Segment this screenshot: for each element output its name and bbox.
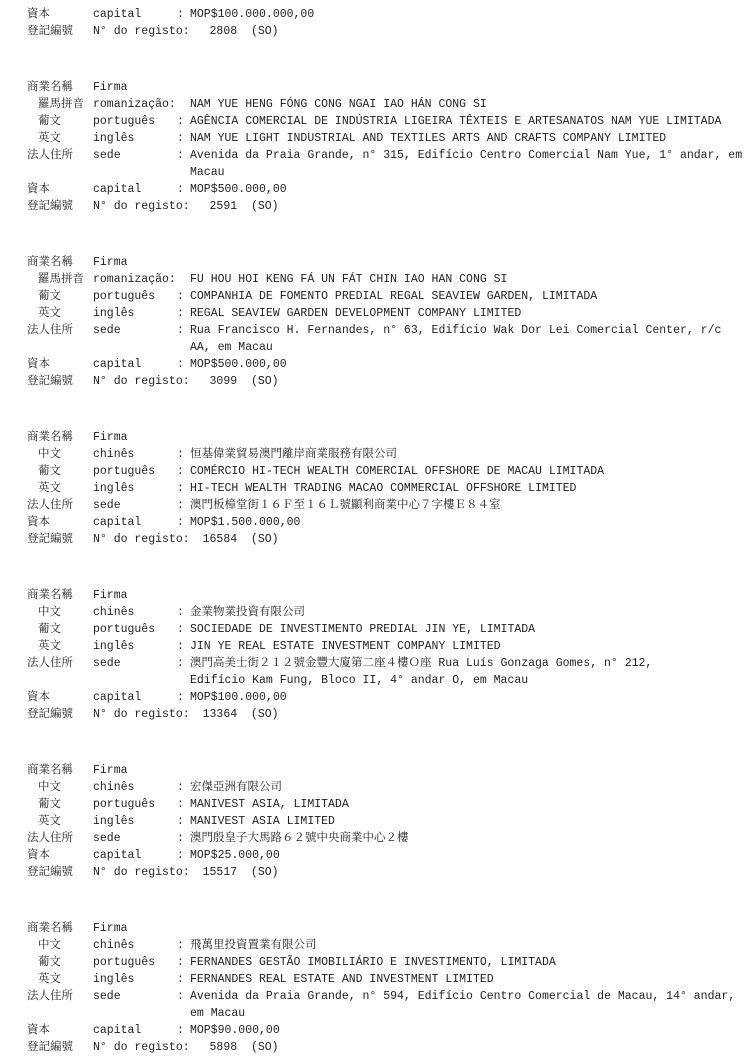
field-value-line: MOP$100.000.000,00 bbox=[190, 6, 752, 23]
field-value: 澳門板樟堂街１６Ｆ至１６Ｌ號顯利商業中心７字樓Ｅ８４室 bbox=[190, 497, 752, 514]
entry-header-row: 商業名稱Firma bbox=[27, 762, 752, 779]
field-value: NAM YUE LIGHT INDUSTRIAL AND TEXTILES AR… bbox=[190, 130, 752, 147]
field-row: 葡文português:MANIVEST ASIA, LIMITADA bbox=[27, 796, 752, 813]
field-value: COMÉRCIO HI-TECH WEALTH COMERCIAL OFFSHO… bbox=[190, 463, 752, 480]
header-label-zh: 商業名稱 bbox=[27, 254, 93, 271]
field-row: 葡文português:COMÉRCIO HI-TECH WEALTH COME… bbox=[27, 463, 752, 480]
field-label-zh: 登記編號 bbox=[27, 198, 93, 215]
field-label-zh: 中文 bbox=[27, 446, 93, 463]
field-value: FU HOU HOI KENG FÁ UN FÁT CHIN IAO HAN C… bbox=[190, 271, 752, 288]
colon-separator: : bbox=[177, 655, 190, 672]
field-label-pt: português bbox=[93, 796, 177, 813]
colon-separator: : bbox=[177, 497, 190, 514]
header-label-pt: Firma bbox=[93, 429, 177, 446]
field-value-line: 13364 (SO) bbox=[203, 706, 752, 723]
colon-separator: : bbox=[177, 181, 190, 198]
field-value: 16584 (SO) bbox=[203, 531, 752, 548]
field-value: 恒基偉業貿易澳門離岸商業服務有限公司 bbox=[190, 446, 752, 463]
field-label-zh: 葡文 bbox=[27, 463, 93, 480]
header-label-zh: 商業名稱 bbox=[27, 920, 93, 937]
field-label-zh: 英文 bbox=[27, 813, 93, 830]
field-row: 法人住所sede:澳門高美士街２１２號金豐大廈第二座４樓Ｏ座 Rua Luís … bbox=[27, 655, 752, 689]
field-label-pt: capital bbox=[93, 847, 177, 864]
field-label-zh: 資本 bbox=[27, 181, 93, 198]
field-label-pt: chinês bbox=[93, 446, 177, 463]
header-label-pt: Firma bbox=[93, 587, 177, 604]
field-row: 中文chinês:宏傑亞洲有限公司 bbox=[27, 779, 752, 796]
field-row: 羅馬拼音romanização:FU HOU HOI KENG FÁ UN FÁ… bbox=[27, 271, 752, 288]
field-value: Avenida da Praia Grande, n° 594, Edifíci… bbox=[190, 988, 752, 1022]
colon-separator: : bbox=[177, 779, 190, 796]
field-label-pt: sede bbox=[93, 988, 177, 1005]
entry-header-row: 商業名稱Firma bbox=[27, 587, 752, 604]
field-label-zh: 法人住所 bbox=[27, 655, 93, 672]
colon-separator: : bbox=[177, 638, 190, 655]
field-value-line: 16584 (SO) bbox=[203, 531, 752, 548]
field-value-line: Macau bbox=[190, 164, 752, 181]
field-label-zh: 葡文 bbox=[27, 954, 93, 971]
field-label-pt: sede bbox=[93, 830, 177, 847]
field-row: 法人住所sede:澳門殷皇子大馬路６２號中央商業中心２樓 bbox=[27, 830, 752, 847]
field-label-pt: capital bbox=[93, 514, 177, 531]
entry-header-row: 商業名稱Firma bbox=[27, 920, 752, 937]
field-label-pt: chinês bbox=[93, 604, 177, 621]
field-label-zh: 中文 bbox=[27, 604, 93, 621]
field-row: 中文chinês:恒基偉業貿易澳門離岸商業服務有限公司 bbox=[27, 446, 752, 463]
field-value: MANIVEST ASIA LIMITED bbox=[190, 813, 752, 830]
field-value: 2591 (SO) bbox=[203, 198, 752, 215]
field-label-zh: 登記編號 bbox=[27, 1039, 93, 1056]
field-label-pt: português bbox=[93, 288, 177, 305]
field-row: 資本capital:MOP$100.000,00 bbox=[27, 689, 752, 706]
field-label-pt: sede bbox=[93, 147, 177, 164]
field-value: 金業物業投資有限公司 bbox=[190, 604, 752, 621]
field-value-line: MOP$500.000,00 bbox=[190, 356, 752, 373]
colon-separator: : bbox=[177, 305, 190, 322]
field-row: 葡文português:FERNANDES GESTÃO IMOBILIÁRIO… bbox=[27, 954, 752, 971]
field-value-line: HI-TECH WEALTH TRADING MACAO COMMERCIAL … bbox=[190, 480, 752, 497]
field-value: MOP$90.000,00 bbox=[190, 1022, 752, 1039]
colon-separator: : bbox=[177, 604, 190, 621]
field-label-pt: capital bbox=[93, 181, 177, 198]
field-value: 飛萬里投資置業有限公司 bbox=[190, 937, 752, 954]
entry-header-row: 商業名稱Firma bbox=[27, 79, 752, 96]
field-label-pt: inglês bbox=[93, 638, 177, 655]
field-label-pt: capital bbox=[93, 6, 177, 23]
field-value-line: JIN YE REAL ESTATE INVESTMENT COMPANY LI… bbox=[190, 638, 752, 655]
field-row: 中文chinês:飛萬里投資置業有限公司 bbox=[27, 937, 752, 954]
field-value-line: Edifício Kam Fung, Bloco II, 4° andar O,… bbox=[190, 672, 752, 689]
field-label-pt: capital bbox=[93, 1022, 177, 1039]
company-entry: 商業名稱Firma中文chinês:飛萬里投資置業有限公司葡文português… bbox=[27, 920, 752, 1056]
header-label-zh: 商業名稱 bbox=[27, 429, 93, 446]
field-row: 登記編號N° do registo: 2591 (SO) bbox=[27, 198, 752, 215]
field-row: 資本capital:MOP$500.000,00 bbox=[27, 181, 752, 198]
field-label-pt: inglês bbox=[93, 305, 177, 322]
field-label-zh: 中文 bbox=[27, 937, 93, 954]
field-row: 英文inglês:HI-TECH WEALTH TRADING MACAO CO… bbox=[27, 480, 752, 497]
field-label-zh: 葡文 bbox=[27, 621, 93, 638]
colon-separator: : bbox=[177, 988, 190, 1005]
field-value-line: em Macau bbox=[190, 1005, 752, 1022]
colon-separator: : bbox=[177, 1022, 190, 1039]
field-value: AGÊNCIA COMERCIAL DE INDÚSTRIA LIGEIRA T… bbox=[190, 113, 752, 130]
company-entry: 商業名稱Firma中文chinês:金業物業投資有限公司葡文português:… bbox=[27, 587, 752, 723]
colon-separator: : bbox=[177, 621, 190, 638]
field-label-pt: chinês bbox=[93, 937, 177, 954]
field-value: 3099 (SO) bbox=[203, 373, 752, 390]
field-row: 資本capital:MOP$500.000,00 bbox=[27, 356, 752, 373]
colon-separator: : bbox=[177, 813, 190, 830]
field-label-pt: português bbox=[93, 463, 177, 480]
field-value-line: Avenida da Praia Grande, n° 315, Edifíci… bbox=[190, 147, 752, 164]
field-label-pt: N° do registo: bbox=[93, 198, 190, 215]
field-label-zh: 葡文 bbox=[27, 796, 93, 813]
field-value: MOP$500.000,00 bbox=[190, 356, 752, 373]
field-row: 葡文português:COMPANHIA DE FOMENTO PREDIAL… bbox=[27, 288, 752, 305]
field-value-line: MOP$90.000,00 bbox=[190, 1022, 752, 1039]
colon-separator: : bbox=[177, 971, 190, 988]
field-value: 13364 (SO) bbox=[203, 706, 752, 723]
field-row: 葡文português:SOCIEDADE DE INVESTIMENTO PR… bbox=[27, 621, 752, 638]
field-value: SOCIEDADE DE INVESTIMENTO PREDIAL JIN YE… bbox=[190, 621, 752, 638]
field-value: FERNANDES REAL ESTATE AND INVESTMENT LIM… bbox=[190, 971, 752, 988]
field-row: 法人住所sede:澳門板樟堂街１６Ｆ至１６Ｌ號顯利商業中心７字樓Ｅ８４室 bbox=[27, 497, 752, 514]
field-value-line: AA, em Macau bbox=[190, 339, 752, 356]
colon-separator: : bbox=[177, 689, 190, 706]
header-label-pt: Firma bbox=[93, 254, 177, 271]
field-row: 法人住所sede:Avenida da Praia Grande, n° 594… bbox=[27, 988, 752, 1022]
company-entry: 商業名稱Firma中文chinês:恒基偉業貿易澳門離岸商業服務有限公司葡文po… bbox=[27, 429, 752, 548]
field-label-pt: português bbox=[93, 954, 177, 971]
field-value-line: NAM YUE LIGHT INDUSTRIAL AND TEXTILES AR… bbox=[190, 130, 752, 147]
colon-separator: : bbox=[177, 147, 190, 164]
field-label-pt: sede bbox=[93, 322, 177, 339]
field-row: 英文inglês:MANIVEST ASIA LIMITED bbox=[27, 813, 752, 830]
field-label-zh: 登記編號 bbox=[27, 373, 93, 390]
field-row: 登記編號N° do registo: 5898 (SO) bbox=[27, 1039, 752, 1056]
field-label-zh: 資本 bbox=[27, 689, 93, 706]
field-label-pt: romanização: bbox=[93, 96, 177, 113]
field-value-line: MOP$1.500.000,00 bbox=[190, 514, 752, 531]
field-label-zh: 登記編號 bbox=[27, 706, 93, 723]
field-row: 資本capital:MOP$100.000.000,00 bbox=[27, 6, 752, 23]
company-entry: 商業名稱Firma羅馬拼音romanização:FU HOU HOI KENG… bbox=[27, 254, 752, 390]
field-value: MOP$1.500.000,00 bbox=[190, 514, 752, 531]
colon-separator: : bbox=[177, 288, 190, 305]
field-label-pt: N° do registo: bbox=[93, 864, 190, 881]
field-label-zh: 英文 bbox=[27, 305, 93, 322]
field-value-line: 5898 (SO) bbox=[203, 1039, 752, 1056]
field-row: 登記編號N° do registo: 2808 (SO) bbox=[27, 23, 752, 40]
field-row: 法人住所sede:Rua Francisco H. Fernandes, n° … bbox=[27, 322, 752, 356]
field-label-zh: 法人住所 bbox=[27, 988, 93, 1005]
field-value: MOP$100.000.000,00 bbox=[190, 6, 752, 23]
field-label-zh: 中文 bbox=[27, 779, 93, 796]
colon-separator: : bbox=[177, 937, 190, 954]
field-label-pt: português bbox=[93, 621, 177, 638]
field-label-pt: N° do registo: bbox=[93, 706, 190, 723]
header-label-pt: Firma bbox=[93, 79, 177, 96]
field-value-line: 澳門殷皇子大馬路６２號中央商業中心２樓 bbox=[190, 830, 752, 847]
field-row: 資本capital:MOP$1.500.000,00 bbox=[27, 514, 752, 531]
registry-entries: 資本capital:MOP$100.000.000,00登記編號N° do re… bbox=[27, 6, 752, 1056]
field-label-zh: 資本 bbox=[27, 847, 93, 864]
field-value: 2808 (SO) bbox=[203, 23, 752, 40]
header-label-zh: 商業名稱 bbox=[27, 587, 93, 604]
field-value: JIN YE REAL ESTATE INVESTMENT COMPANY LI… bbox=[190, 638, 752, 655]
colon-separator: : bbox=[177, 6, 190, 23]
field-label-zh: 資本 bbox=[27, 6, 93, 23]
header-label-zh: 商業名稱 bbox=[27, 79, 93, 96]
colon-separator: : bbox=[177, 322, 190, 339]
colon-separator: : bbox=[177, 463, 190, 480]
field-value-line: NAM YUE HENG FÓNG CONG NGAI IAO HÁN CONG… bbox=[190, 96, 752, 113]
colon-separator: : bbox=[177, 356, 190, 373]
field-value-line: COMPANHIA DE FOMENTO PREDIAL REGAL SEAVI… bbox=[190, 288, 752, 305]
field-value: MANIVEST ASIA, LIMITADA bbox=[190, 796, 752, 813]
field-row: 英文inglês:JIN YE REAL ESTATE INVESTMENT C… bbox=[27, 638, 752, 655]
field-label-zh: 英文 bbox=[27, 130, 93, 147]
field-value-line: 2808 (SO) bbox=[203, 23, 752, 40]
header-label-zh: 商業名稱 bbox=[27, 762, 93, 779]
field-label-pt: N° do registo: bbox=[93, 373, 190, 390]
field-value: 澳門殷皇子大馬路６２號中央商業中心２樓 bbox=[190, 830, 752, 847]
field-row: 中文chinês:金業物業投資有限公司 bbox=[27, 604, 752, 621]
field-value: HI-TECH WEALTH TRADING MACAO COMMERCIAL … bbox=[190, 480, 752, 497]
field-row: 登記編號N° do registo:13364 (SO) bbox=[27, 706, 752, 723]
field-value-line: AGÊNCIA COMERCIAL DE INDÚSTRIA LIGEIRA T… bbox=[190, 113, 752, 130]
field-row: 英文inglês:REGAL SEAVIEW GARDEN DEVELOPMEN… bbox=[27, 305, 752, 322]
colon-separator: : bbox=[177, 113, 190, 130]
field-label-zh: 法人住所 bbox=[27, 830, 93, 847]
field-value-line: Rua Francisco H. Fernandes, n° 63, Edifí… bbox=[190, 322, 752, 339]
colon-separator: : bbox=[177, 480, 190, 497]
field-value-line: REGAL SEAVIEW GARDEN DEVELOPMENT COMPANY… bbox=[190, 305, 752, 322]
field-label-zh: 英文 bbox=[27, 480, 93, 497]
field-label-zh: 法人住所 bbox=[27, 322, 93, 339]
field-value: FERNANDES GESTÃO IMOBILIÁRIO E INVESTIME… bbox=[190, 954, 752, 971]
company-entry: 商業名稱Firma中文chinês:宏傑亞洲有限公司葡文português:MA… bbox=[27, 762, 752, 881]
field-label-pt: inglês bbox=[93, 480, 177, 497]
field-value-line: MOP$500.000,00 bbox=[190, 181, 752, 198]
field-value-line: FERNANDES GESTÃO IMOBILIÁRIO E INVESTIME… bbox=[190, 954, 752, 971]
field-value-line: COMÉRCIO HI-TECH WEALTH COMERCIAL OFFSHO… bbox=[190, 463, 752, 480]
field-value-line: 15517 (SO) bbox=[203, 864, 752, 881]
field-row: 法人住所sede:Avenida da Praia Grande, n° 315… bbox=[27, 147, 752, 181]
field-value-line: 2591 (SO) bbox=[203, 198, 752, 215]
field-label-pt: N° do registo: bbox=[93, 531, 190, 548]
field-label-zh: 英文 bbox=[27, 971, 93, 988]
field-value: 15517 (SO) bbox=[203, 864, 752, 881]
field-label-zh: 葡文 bbox=[27, 113, 93, 130]
field-value: MOP$100.000,00 bbox=[190, 689, 752, 706]
field-value-line: 宏傑亞洲有限公司 bbox=[190, 779, 752, 796]
field-row: 資本capital:MOP$25.000,00 bbox=[27, 847, 752, 864]
field-value-line: MOP$25.000,00 bbox=[190, 847, 752, 864]
field-label-pt: chinês bbox=[93, 779, 177, 796]
registry-page: 資本capital:MOP$100.000.000,00登記編號N° do re… bbox=[27, 6, 752, 1063]
field-label-pt: romanização: bbox=[93, 271, 177, 288]
company-entry: 商業名稱Firma羅馬拼音romanização:NAM YUE HENG FÓ… bbox=[27, 79, 752, 215]
field-label-zh: 登記編號 bbox=[27, 864, 93, 881]
field-value: Rua Francisco H. Fernandes, n° 63, Edifí… bbox=[190, 322, 752, 356]
field-row: 葡文português:AGÊNCIA COMERCIAL DE INDÚSTR… bbox=[27, 113, 752, 130]
field-label-zh: 羅馬拼音 bbox=[27, 271, 93, 288]
company-entry: 資本capital:MOP$100.000.000,00登記編號N° do re… bbox=[27, 6, 752, 40]
field-value: COMPANHIA DE FOMENTO PREDIAL REGAL SEAVI… bbox=[190, 288, 752, 305]
field-value-line: MANIVEST ASIA, LIMITADA bbox=[190, 796, 752, 813]
colon-separator: : bbox=[177, 830, 190, 847]
field-row: 登記編號N° do registo:15517 (SO) bbox=[27, 864, 752, 881]
field-label-pt: português bbox=[93, 113, 177, 130]
field-value: MOP$25.000,00 bbox=[190, 847, 752, 864]
entry-header-row: 商業名稱Firma bbox=[27, 254, 752, 271]
field-row: 登記編號N° do registo: 3099 (SO) bbox=[27, 373, 752, 390]
field-value: 5898 (SO) bbox=[203, 1039, 752, 1056]
field-label-zh: 登記編號 bbox=[27, 23, 93, 40]
field-value: REGAL SEAVIEW GARDEN DEVELOPMENT COMPANY… bbox=[190, 305, 752, 322]
field-label-pt: sede bbox=[93, 497, 177, 514]
field-label-zh: 法人住所 bbox=[27, 497, 93, 514]
field-label-pt: capital bbox=[93, 689, 177, 706]
field-value-line: Avenida da Praia Grande, n° 594, Edifíci… bbox=[190, 988, 752, 1005]
field-value-line: SOCIEDADE DE INVESTIMENTO PREDIAL JIN YE… bbox=[190, 621, 752, 638]
field-label-zh: 資本 bbox=[27, 514, 93, 531]
entry-header-row: 商業名稱Firma bbox=[27, 429, 752, 446]
field-label-zh: 葡文 bbox=[27, 288, 93, 305]
colon-separator: : bbox=[177, 446, 190, 463]
colon-separator: : bbox=[177, 796, 190, 813]
field-label-zh: 英文 bbox=[27, 638, 93, 655]
field-value-line: FERNANDES REAL ESTATE AND INVESTMENT LIM… bbox=[190, 971, 752, 988]
field-value: 宏傑亞洲有限公司 bbox=[190, 779, 752, 796]
colon-separator: : bbox=[177, 130, 190, 147]
field-value-line: 飛萬里投資置業有限公司 bbox=[190, 937, 752, 954]
field-label-pt: inglês bbox=[93, 813, 177, 830]
field-value-line: 澳門高美士街２１２號金豐大廈第二座４樓Ｏ座 Rua Luís Gonzaga G… bbox=[190, 655, 752, 672]
field-label-pt: N° do registo: bbox=[93, 1039, 190, 1056]
field-label-pt: inglês bbox=[93, 130, 177, 147]
field-value: NAM YUE HENG FÓNG CONG NGAI IAO HÁN CONG… bbox=[190, 96, 752, 113]
field-label-pt: N° do registo: bbox=[93, 23, 190, 40]
field-value-line: 恒基偉業貿易澳門離岸商業服務有限公司 bbox=[190, 446, 752, 463]
field-value-line: 金業物業投資有限公司 bbox=[190, 604, 752, 621]
field-value-line: 澳門板樟堂街１６Ｆ至１６Ｌ號顯利商業中心７字樓Ｅ８４室 bbox=[190, 497, 752, 514]
field-value: Avenida da Praia Grande, n° 315, Edifíci… bbox=[190, 147, 752, 181]
field-row: 登記編號N° do registo:16584 (SO) bbox=[27, 531, 752, 548]
field-label-pt: inglês bbox=[93, 971, 177, 988]
field-label-zh: 法人住所 bbox=[27, 147, 93, 164]
field-row: 英文inglês:FERNANDES REAL ESTATE AND INVES… bbox=[27, 971, 752, 988]
field-label-zh: 登記編號 bbox=[27, 531, 93, 548]
field-label-zh: 資本 bbox=[27, 356, 93, 373]
header-label-pt: Firma bbox=[93, 920, 177, 937]
colon-separator: : bbox=[177, 954, 190, 971]
field-label-zh: 資本 bbox=[27, 1022, 93, 1039]
field-value: 澳門高美士街２１２號金豐大廈第二座４樓Ｏ座 Rua Luís Gonzaga G… bbox=[190, 655, 752, 689]
header-label-pt: Firma bbox=[93, 762, 177, 779]
field-value: MOP$500.000,00 bbox=[190, 181, 752, 198]
colon-separator: : bbox=[177, 847, 190, 864]
field-row: 羅馬拼音romanização:NAM YUE HENG FÓNG CONG N… bbox=[27, 96, 752, 113]
field-value-line: MOP$100.000,00 bbox=[190, 689, 752, 706]
field-row: 英文inglês:NAM YUE LIGHT INDUSTRIAL AND TE… bbox=[27, 130, 752, 147]
field-label-pt: sede bbox=[93, 655, 177, 672]
field-label-pt: capital bbox=[93, 356, 177, 373]
field-value-line: FU HOU HOI KENG FÁ UN FÁT CHIN IAO HAN C… bbox=[190, 271, 752, 288]
field-value-line: MANIVEST ASIA LIMITED bbox=[190, 813, 752, 830]
field-value-line: 3099 (SO) bbox=[203, 373, 752, 390]
colon-separator: : bbox=[177, 514, 190, 531]
field-label-zh: 羅馬拼音 bbox=[27, 96, 93, 113]
field-row: 資本capital:MOP$90.000,00 bbox=[27, 1022, 752, 1039]
